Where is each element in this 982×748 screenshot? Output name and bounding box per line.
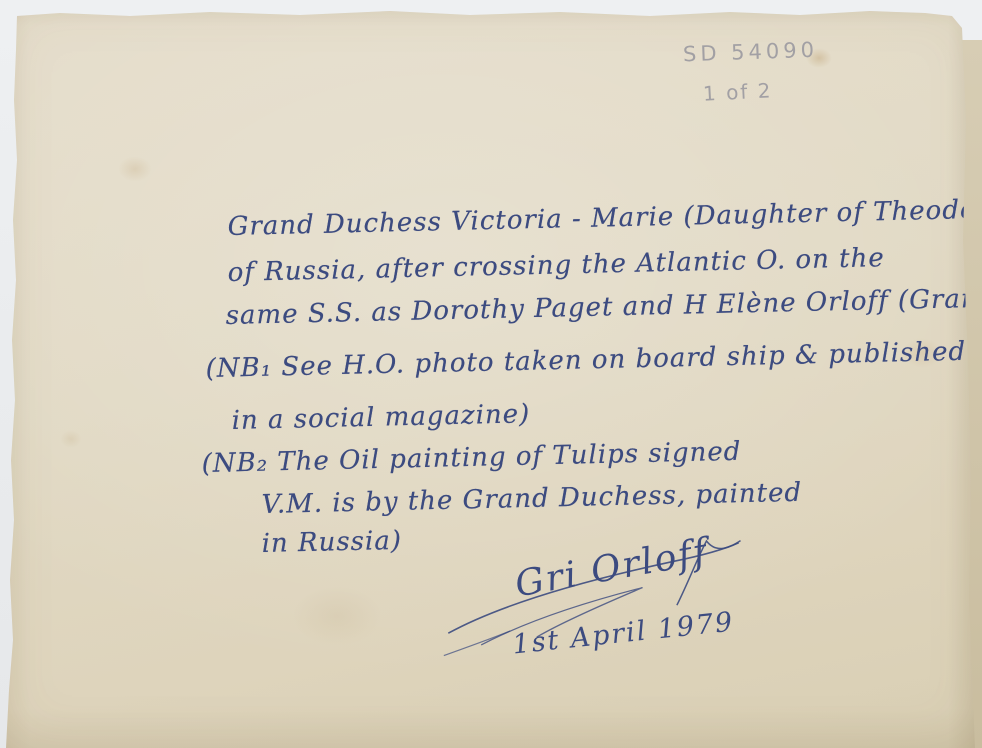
- handwriting-line: V.M. is by the Grand Duchess, painted: [261, 478, 802, 520]
- handwriting-line: same S.S. as Dorothy Paget and H Elène O…: [225, 283, 982, 331]
- paper-sheet: SD 54090 1 of 2 Grand Duchess Victoria -…: [0, 0, 982, 748]
- photo-backdrop: SD 54090 1 of 2 Grand Duchess Victoria -…: [0, 0, 982, 748]
- handwriting-line: (NB₁ See H.O. photo taken on board ship …: [205, 337, 966, 384]
- page-marker-pencil: 1 of 2: [702, 78, 773, 106]
- foxing-stain: [118, 156, 152, 182]
- handwriting-line: of Russia, after crossing the Atlantic O…: [227, 243, 885, 288]
- handwriting-line: (NB₂ The Oil painting of Tulips signed: [201, 437, 741, 479]
- catalog-number-pencil: SD 54090: [683, 38, 819, 67]
- handwriting-line: Grand Duchess Victoria - Marie (Daughter…: [227, 194, 982, 242]
- foxing-stain: [60, 430, 82, 448]
- foxing-stain: [292, 586, 382, 646]
- handwriting-line: in Russia): [261, 526, 402, 559]
- handwriting-line: in a social magazine): [231, 399, 530, 436]
